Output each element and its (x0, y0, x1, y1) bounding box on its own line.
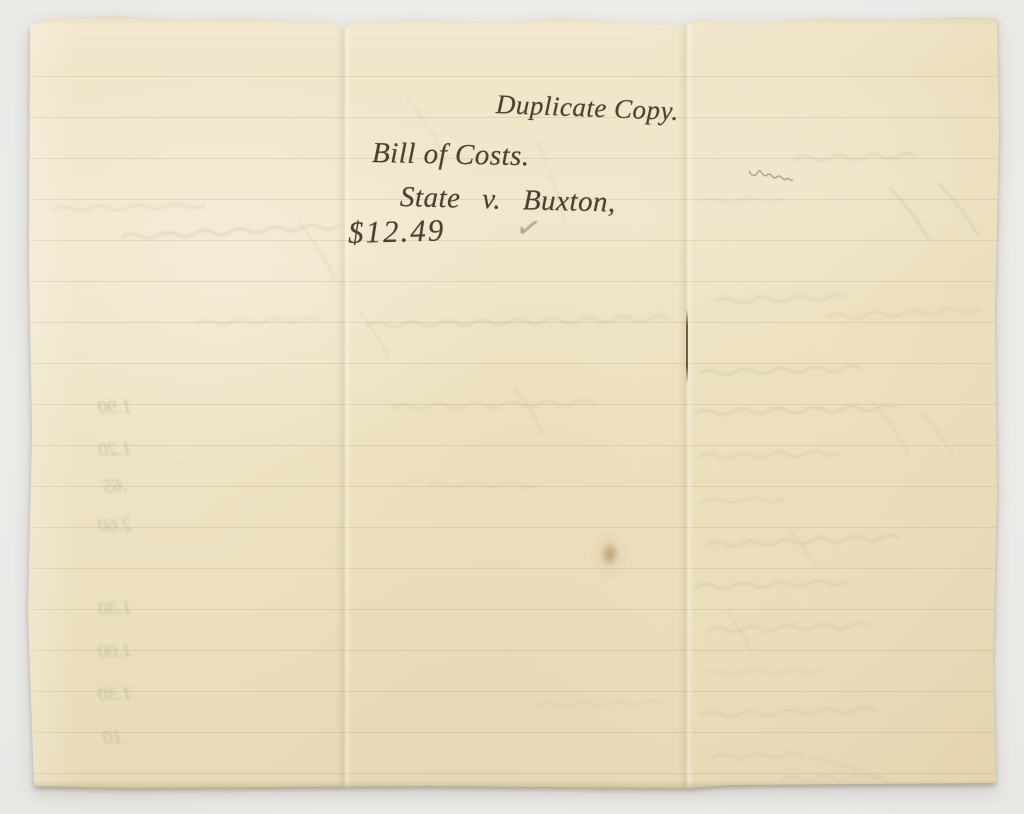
scan-background: 1.90 1.20 .65 2.60 1.30 1.00 1.30 .10 Du… (0, 0, 1024, 814)
ink-stain (588, 531, 630, 579)
paper-shadow: 1.90 1.20 .65 2.60 1.30 1.00 1.30 .10 Du… (0, 0, 1024, 814)
bleedthrough-number: 1.30 (75, 682, 154, 708)
bleedthrough-number: 2.60 (75, 513, 154, 539)
bleedthrough-ghost-writing (28, 13, 1000, 790)
pencil-scribble (749, 171, 793, 181)
handwriting-bill-of-costs: Bill of Costs. (372, 137, 530, 173)
handwriting-amount: $12.49 (348, 212, 446, 251)
fold-crack-mark (686, 309, 688, 383)
bleedthrough-number: .65 (75, 474, 154, 500)
bleedthrough-number: 1.20 (75, 437, 154, 463)
document-paper: 1.90 1.20 .65 2.60 1.30 1.00 1.30 .10 Du… (28, 13, 1000, 790)
bleedthrough-number: 1.30 (75, 596, 154, 622)
bleedthrough-number: .10 (75, 725, 154, 751)
bleedthrough-number: 1.00 (75, 639, 154, 665)
bleedthrough-number: 1.90 (75, 395, 154, 421)
